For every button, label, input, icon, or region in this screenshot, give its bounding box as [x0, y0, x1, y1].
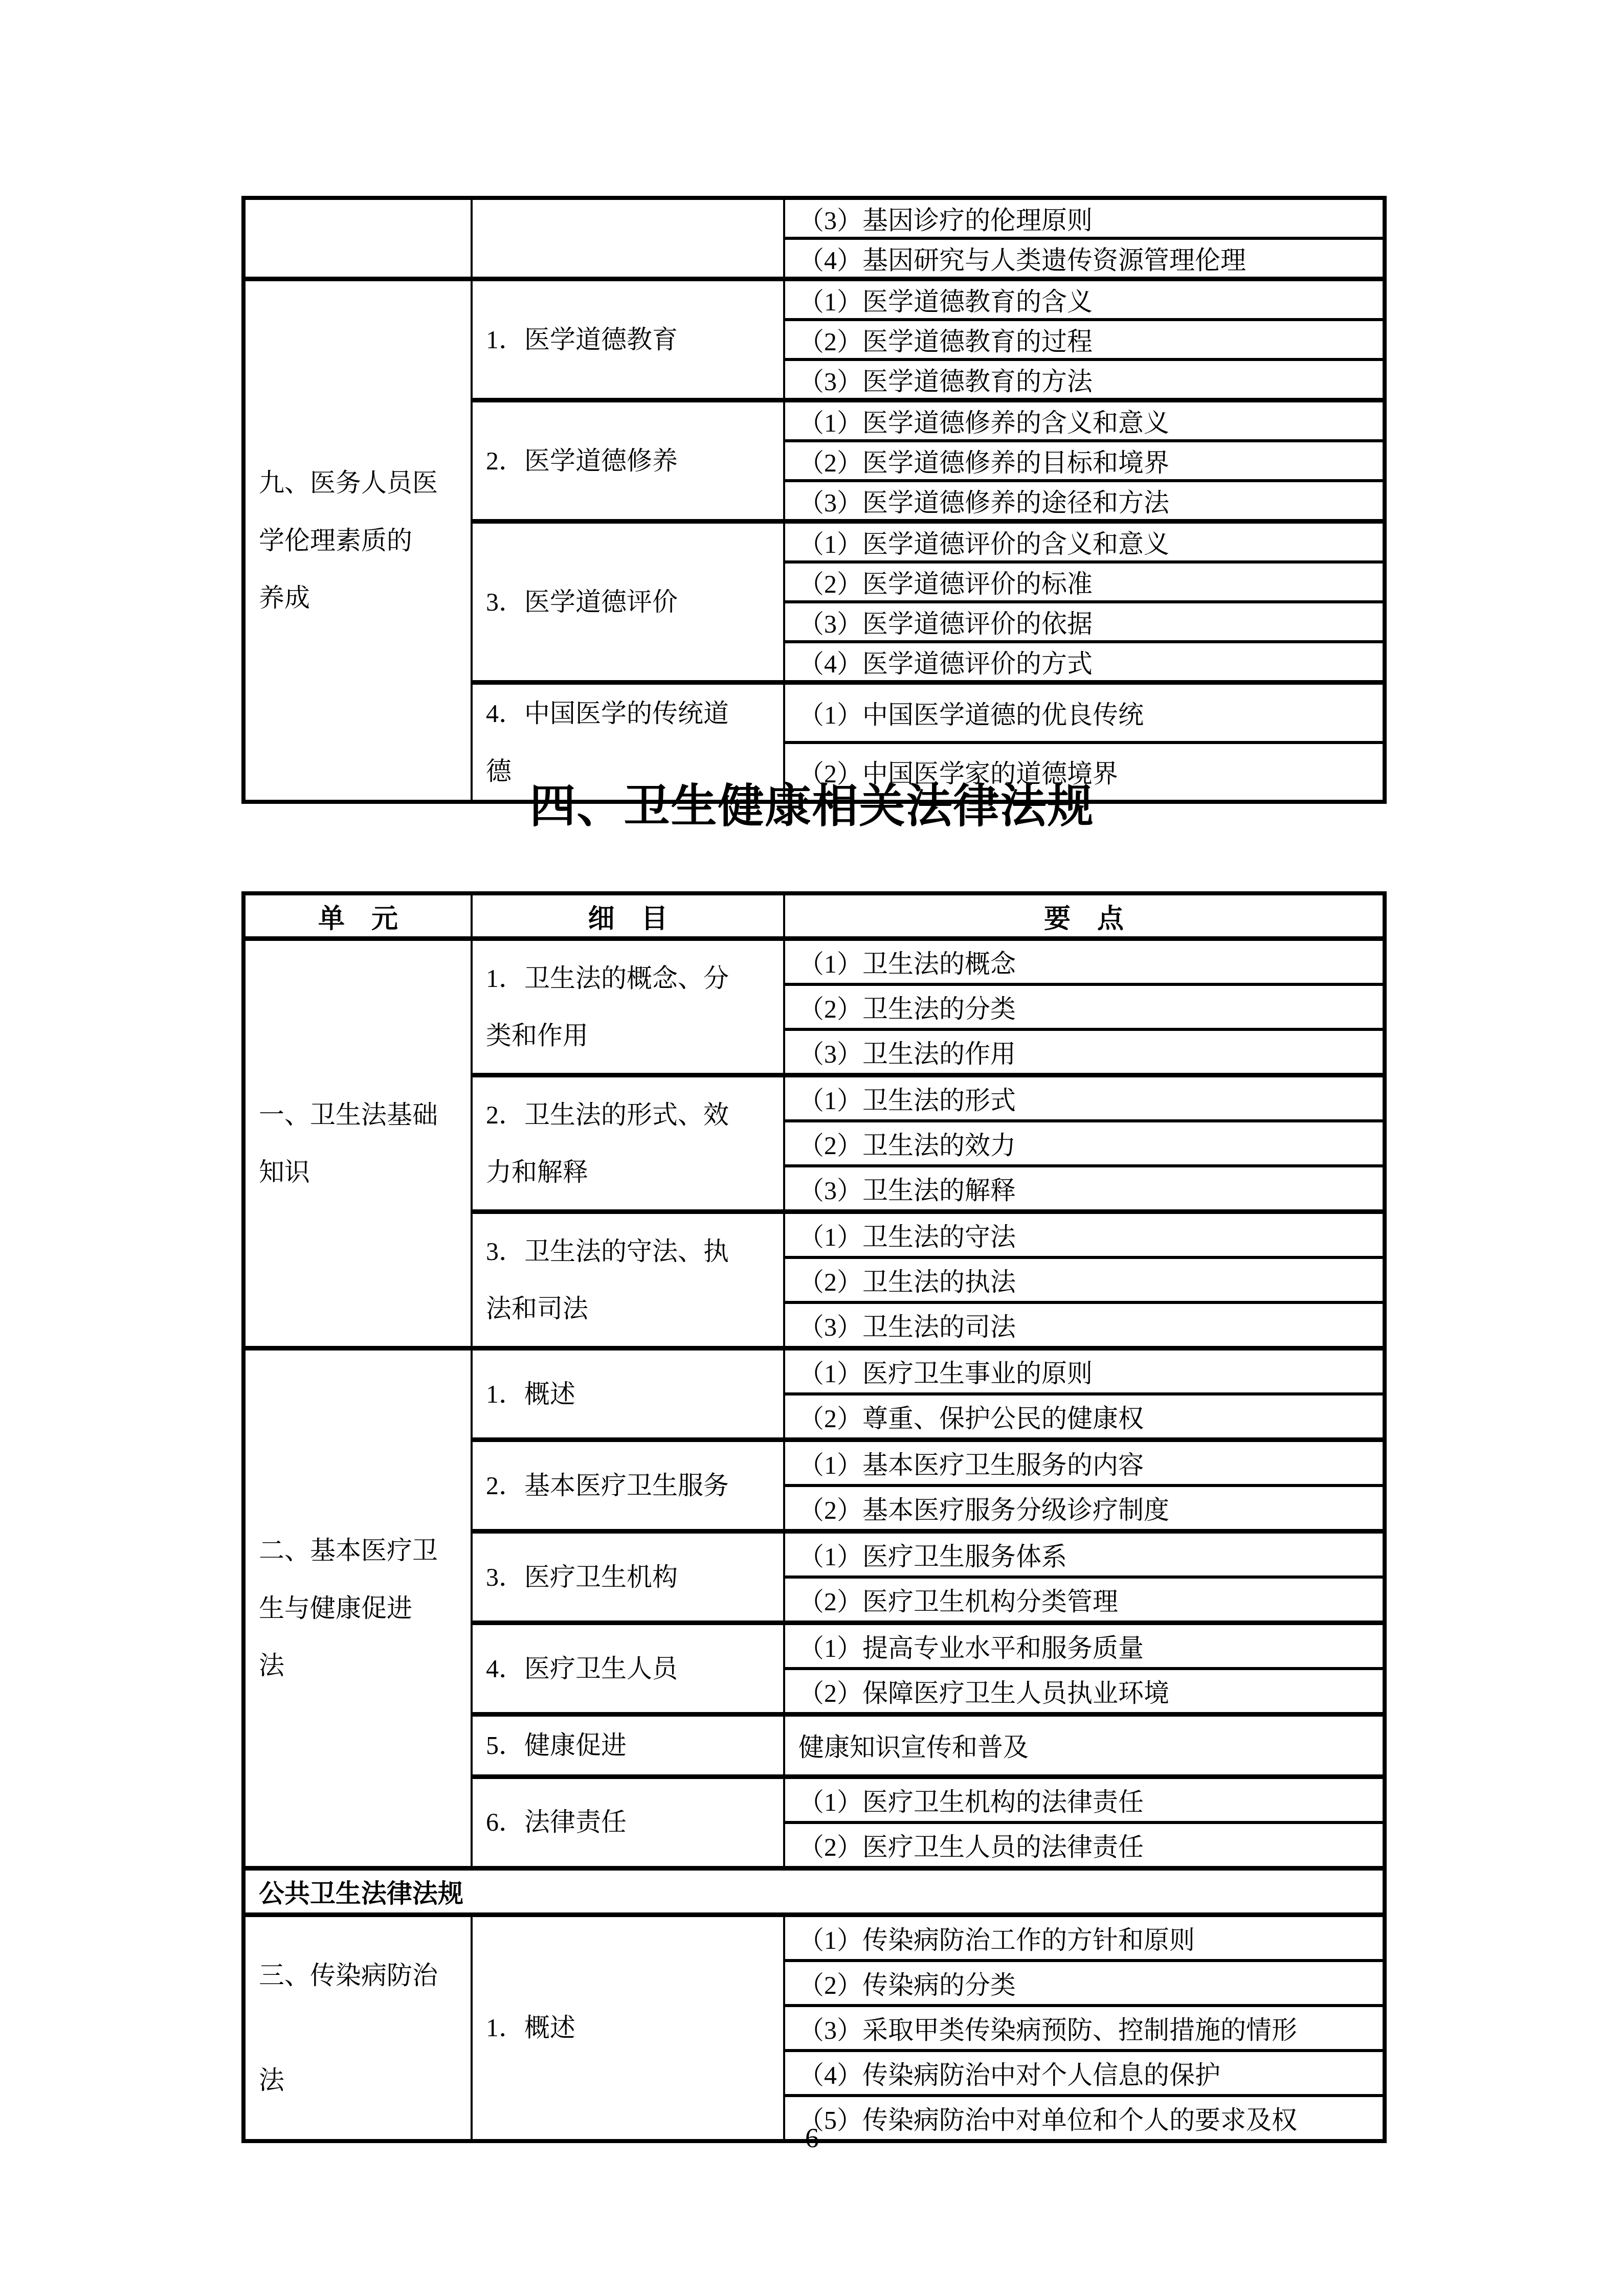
- table-header-row: 单 元 细 目 要 点: [243, 893, 1385, 939]
- point-cell: （1）卫生法的形式: [784, 1075, 1385, 1121]
- point-cell: （2）医学道德修养的目标和境界: [784, 441, 1385, 481]
- detail-cell: 2．卫生法的形式、效 力和解释: [472, 1075, 784, 1212]
- unit-cell: 三、传染病防治 法: [243, 1915, 472, 2141]
- point-cell: （3）医学道德教育的方法: [784, 359, 1385, 400]
- table-row: 一、卫生法基础 知识 1．卫生法的概念、分 类和作用 （1）卫生法的概念: [243, 939, 1385, 985]
- point-cell: （4）医学道德评价的方式: [784, 642, 1385, 683]
- point-cell: （2）卫生法的分类: [784, 984, 1385, 1029]
- point-cell: （1）基本医疗卫生服务的内容: [784, 1440, 1385, 1486]
- point-cell: （3）卫生法的解释: [784, 1166, 1385, 1212]
- detail-cell: 1．医学道德教育: [472, 279, 784, 400]
- point-cell: （2）医学道德教育的过程: [784, 320, 1385, 359]
- point-cell: （2）卫生法的执法: [784, 1257, 1385, 1302]
- band-row: 公共卫生法律法规: [243, 1868, 1385, 1915]
- point-cell: （1）卫生法的概念: [784, 939, 1385, 985]
- point-cell: （2）医疗卫生机构分类管理: [784, 1577, 1385, 1623]
- page-number: — 6 —: [0, 2123, 1624, 2153]
- band-cell: 公共卫生法律法规: [243, 1868, 1385, 1915]
- point-cell: （1）医学道德教育的含义: [784, 279, 1385, 320]
- health-law-table: 单 元 细 目 要 点 一、卫生法基础 知识 1．卫生法的概念、分 类和作用 （…: [241, 891, 1387, 2143]
- point-cell: （2）医疗卫生人员的法律责任: [784, 1822, 1385, 1869]
- point-cell: （2）基本医疗服务分级诊疗制度: [784, 1485, 1385, 1532]
- point-cell: （3）医学道德修养的途径和方法: [784, 481, 1385, 522]
- detail-cell: 4．医疗卫生人员: [472, 1623, 784, 1715]
- unit-cell: 九、医务人员医 学伦理素质的 养成: [243, 279, 472, 802]
- point-cell: （1）中国医学道德的优良传统: [784, 683, 1385, 742]
- point-cell: （2）卫生法的效力: [784, 1121, 1385, 1166]
- point-cell: 健康知识宣传和普及: [784, 1715, 1385, 1777]
- point-cell: （1）医疗卫生事业的原则: [784, 1348, 1385, 1394]
- point-cell: （4）传染病防治中对个人信息的保护: [784, 2051, 1385, 2096]
- detail-cell: 6．法律责任: [472, 1776, 784, 1868]
- unit-cell: 一、卫生法基础 知识: [243, 939, 472, 1348]
- table-row: （3）基因诊疗的伦理原则: [243, 198, 1385, 238]
- detail-cell: 1．概述: [472, 1348, 784, 1440]
- point-cell: （4）基因研究与人类遗传资源管理伦理: [784, 238, 1385, 279]
- point-cell: （1）医学道德修养的含义和意义: [784, 400, 1385, 441]
- detail-cell: 2．基本医疗卫生服务: [472, 1440, 784, 1532]
- detail-cell: 2．医学道德修养: [472, 400, 784, 522]
- header-cell-detail: 细 目: [472, 893, 784, 939]
- point-cell: （3）基因诊疗的伦理原则: [784, 198, 1385, 238]
- point-cell: （1）传染病防治工作的方针和原则: [784, 1915, 1385, 1961]
- detail-cell: 3．医疗卫生机构: [472, 1532, 784, 1623]
- point-cell: （2）尊重、保护公民的健康权: [784, 1394, 1385, 1440]
- detail-cell-empty: [472, 198, 784, 279]
- detail-cell: 3．卫生法的守法、执 法和司法: [472, 1212, 784, 1348]
- document-page: （3）基因诊疗的伦理原则 （4）基因研究与人类遗传资源管理伦理 九、医务人员医 …: [0, 0, 1624, 2296]
- point-cell: （2）医学道德评价的标准: [784, 562, 1385, 602]
- unit-cell: 二、基本医疗卫 生与健康促进 法: [243, 1348, 472, 1869]
- point-cell: （2）传染病的分类: [784, 1961, 1385, 2006]
- point-cell: （2）保障医疗卫生人员执业环境: [784, 1669, 1385, 1715]
- table-row: 二、基本医疗卫 生与健康促进 法 1．概述 （1）医疗卫生事业的原则: [243, 1348, 1385, 1394]
- detail-cell: 1．卫生法的概念、分 类和作用: [472, 939, 784, 1075]
- ethics-table-continued: （3）基因诊疗的伦理原则 （4）基因研究与人类遗传资源管理伦理 九、医务人员医 …: [241, 196, 1387, 804]
- point-cell: （3）医学道德评价的依据: [784, 602, 1385, 642]
- detail-cell: 5．健康促进: [472, 1715, 784, 1777]
- header-cell-point: 要 点: [784, 893, 1385, 939]
- header-cell-unit: 单 元: [243, 893, 472, 939]
- point-cell: （1）医疗卫生机构的法律责任: [784, 1776, 1385, 1822]
- point-cell: （3）卫生法的司法: [784, 1302, 1385, 1348]
- table-row: 三、传染病防治 法 1．概述 （1）传染病防治工作的方针和原则: [243, 1915, 1385, 1961]
- table-row: 九、医务人员医 学伦理素质的 养成 1．医学道德教育 （1）医学道德教育的含义: [243, 279, 1385, 320]
- section-title: 四、卫生健康相关法律法规: [0, 781, 1624, 832]
- point-cell: （3）卫生法的作用: [784, 1029, 1385, 1075]
- detail-cell: 3．医学道德评价: [472, 522, 784, 683]
- point-cell: （1）医学道德评价的含义和意义: [784, 522, 1385, 562]
- point-cell: （1）卫生法的守法: [784, 1212, 1385, 1258]
- point-cell: （3）采取甲类传染病预防、控制措施的情形: [784, 2006, 1385, 2051]
- point-cell: （1）提高专业水平和服务质量: [784, 1623, 1385, 1669]
- detail-cell: 1．概述: [472, 1915, 784, 2141]
- unit-cell-empty: [243, 198, 472, 279]
- point-cell: （1）医疗卫生服务体系: [784, 1532, 1385, 1578]
